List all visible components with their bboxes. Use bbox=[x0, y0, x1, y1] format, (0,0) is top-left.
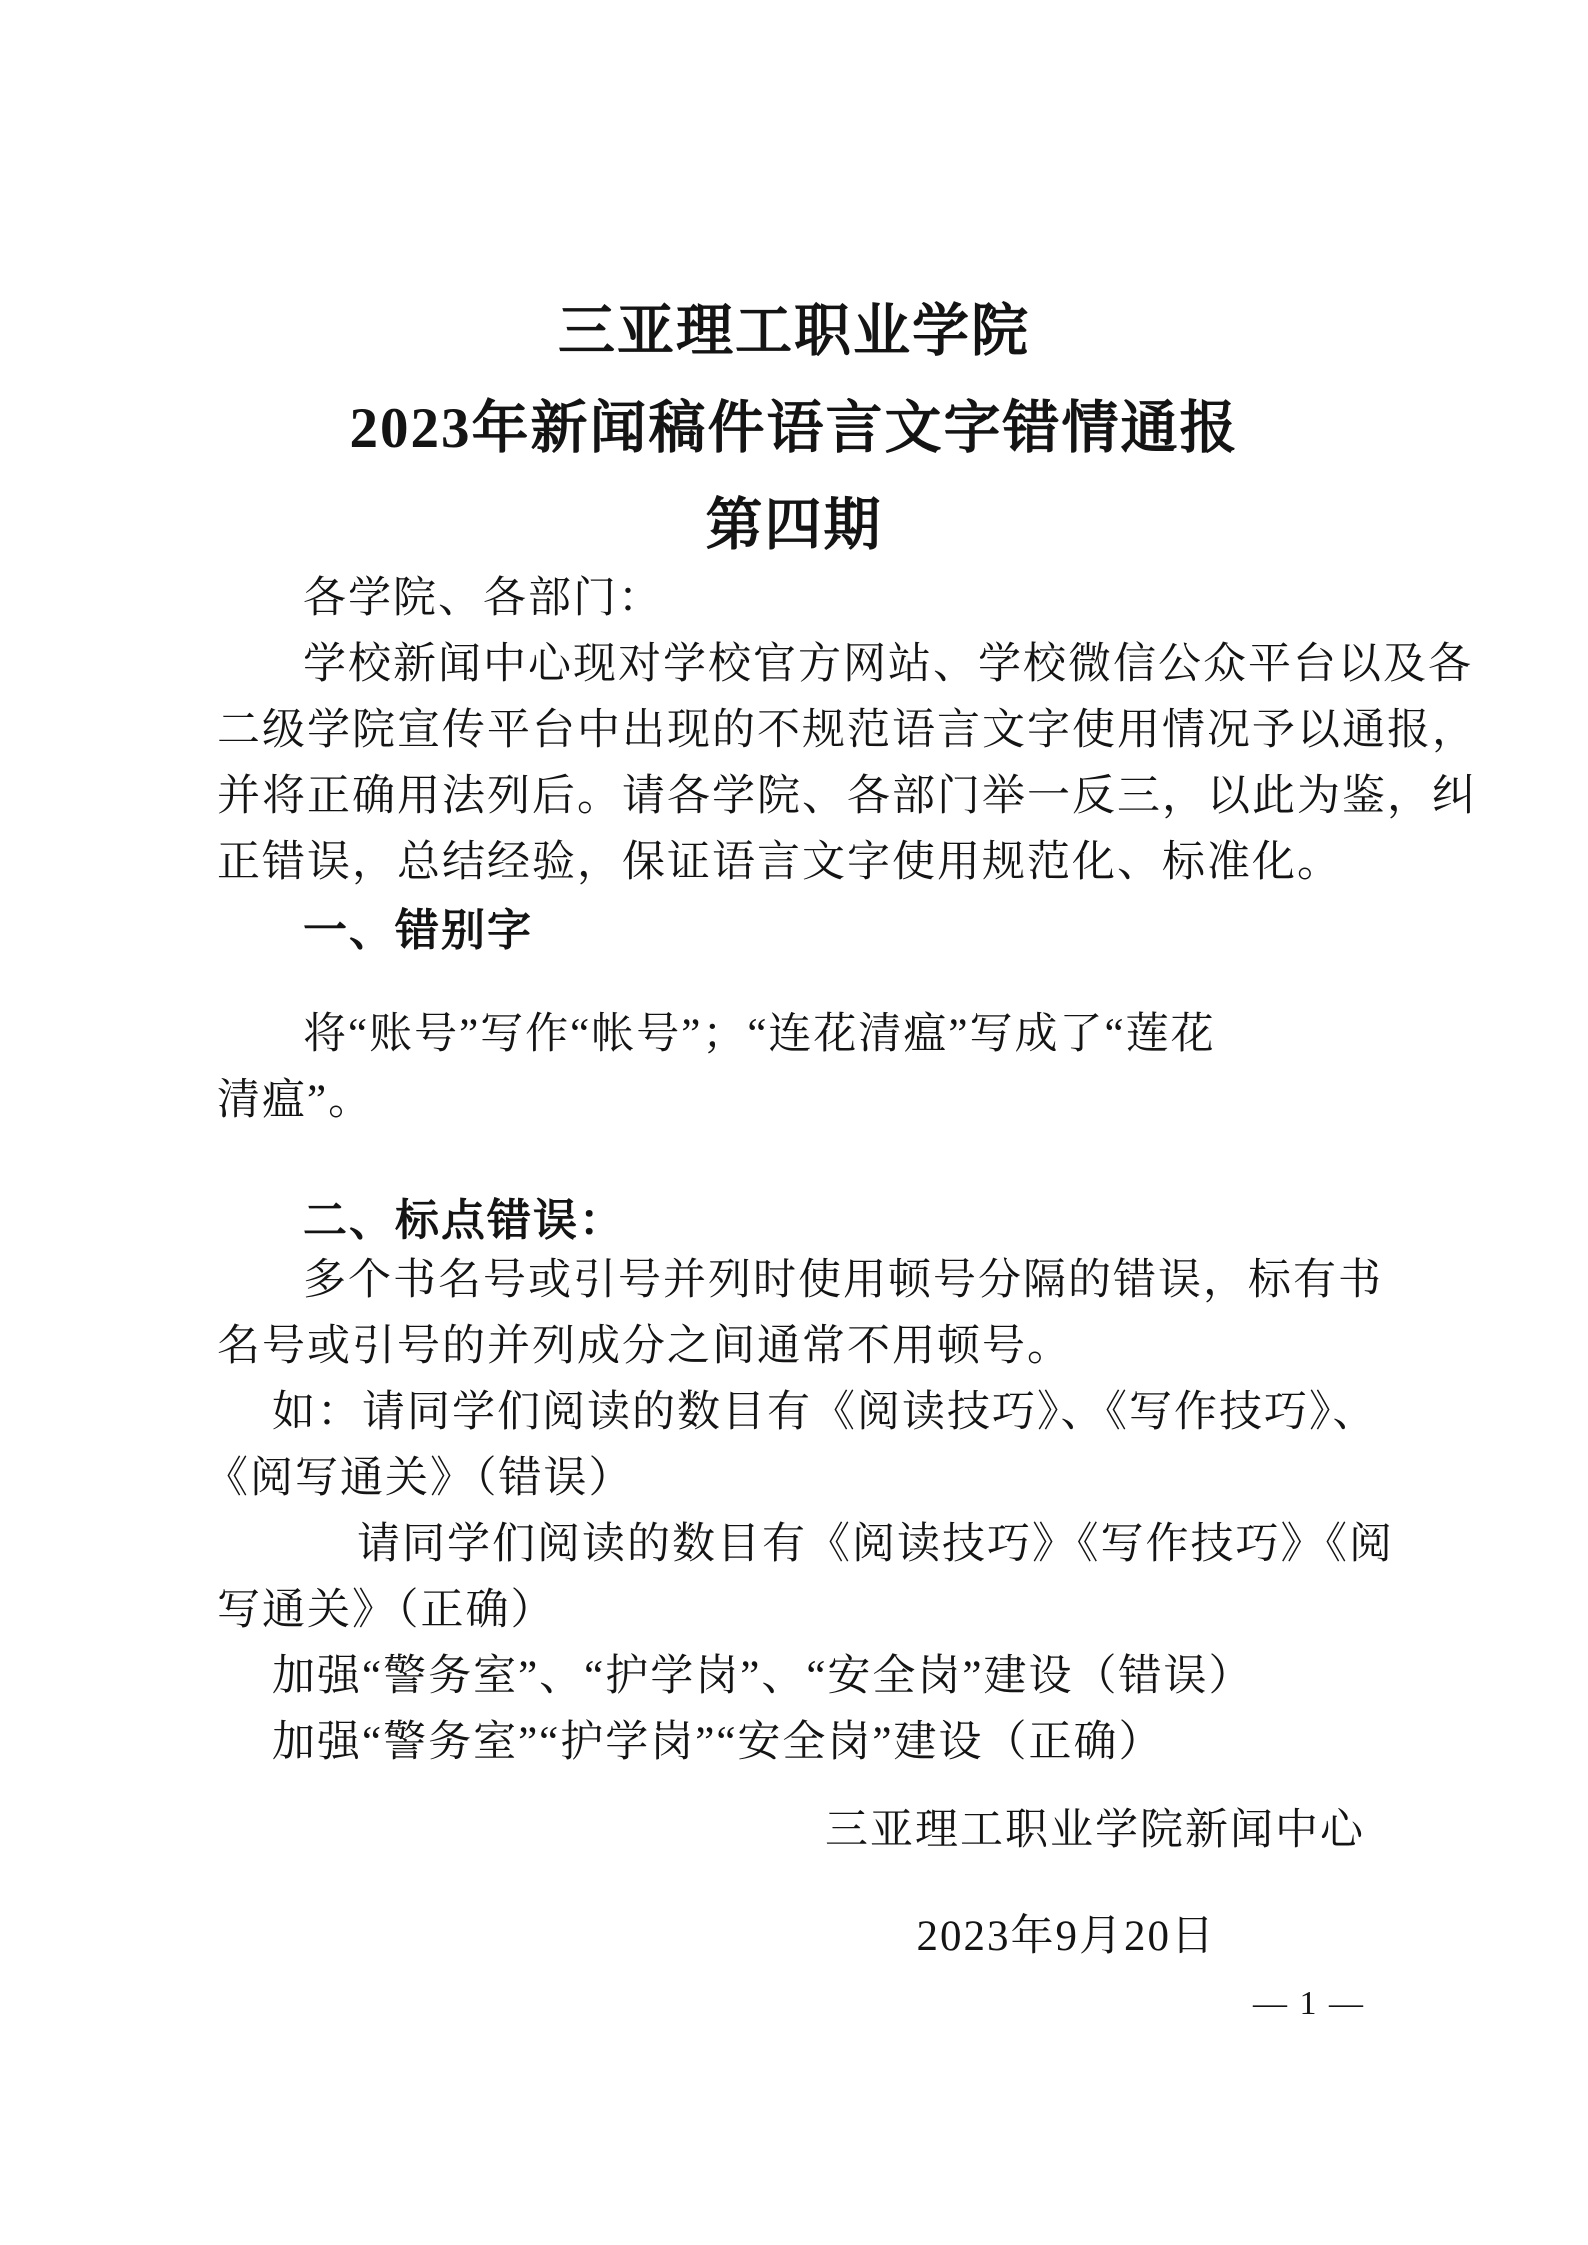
section-2-line: 名号或引号的并列成分之间通常不用顿号。 bbox=[217, 1314, 1390, 1380]
section-2-line: 写通关》（正确） bbox=[217, 1578, 1390, 1644]
section-2-heading: 二、标点错误： bbox=[217, 1188, 1390, 1254]
title-line-2: 2023年新闻稿件语言文字错情通报 bbox=[0, 380, 1588, 477]
date: 2023年9月20日 bbox=[217, 1904, 1390, 1970]
intro-line: 并将正确用法列后。请各学院、各部门举一反三，以此为鉴，纠 bbox=[217, 764, 1390, 830]
salutation: 各学院、各部门： bbox=[217, 566, 1390, 632]
section-2-line: 如：请同学们阅读的数目有《阅读技巧》、《写作技巧》、 bbox=[217, 1380, 1390, 1446]
title-line-3: 第四期 bbox=[0, 477, 1588, 574]
intro-line: 正错误，总结经验，保证语言文字使用规范化、标准化。 bbox=[217, 830, 1390, 896]
section-2-line: 加强“警务室”、“护学岗”、“安全岗”建设（错误） bbox=[217, 1644, 1390, 1710]
signature: 三亚理工职业学院新闻中心 bbox=[217, 1798, 1390, 1864]
document-page: 三亚理工职业学院 2023年新闻稿件语言文字错情通报 第四期 各学院、各部门： … bbox=[0, 0, 1588, 2245]
section-1-heading: 一、错别字 bbox=[217, 898, 1390, 964]
document-body: 各学院、各部门： 学校新闻中心现对学校官方网站、学校微信公众平台以及各 二级学院… bbox=[217, 566, 1390, 2037]
intro-line: 二级学院宣传平台中出现的不规范语言文字使用情况予以通报， bbox=[217, 698, 1390, 764]
section-2-line: 加强“警务室”“护学岗”“安全岗”建设（正确） bbox=[217, 1710, 1390, 1776]
section-1-line: 清瘟”。 bbox=[217, 1068, 1390, 1134]
page-number: — 1 — bbox=[217, 1971, 1390, 2037]
document-title: 三亚理工职业学院 2023年新闻稿件语言文字错情通报 第四期 bbox=[0, 283, 1588, 574]
title-line-1: 三亚理工职业学院 bbox=[0, 283, 1588, 380]
section-1-line: 将“账号”写作“帐号”；“连花清瘟”写成了“莲花 bbox=[217, 1002, 1390, 1068]
section-2-line: 《阅写通关》（错误） bbox=[205, 1446, 1390, 1512]
section-2-line: 请同学们阅读的数目有《阅读技巧》《写作技巧》《阅 bbox=[217, 1512, 1390, 1578]
section-2-line: 多个书名号或引号并列时使用顿号分隔的错误，标有书 bbox=[217, 1248, 1390, 1314]
intro-line: 学校新闻中心现对学校官方网站、学校微信公众平台以及各 bbox=[217, 632, 1390, 698]
